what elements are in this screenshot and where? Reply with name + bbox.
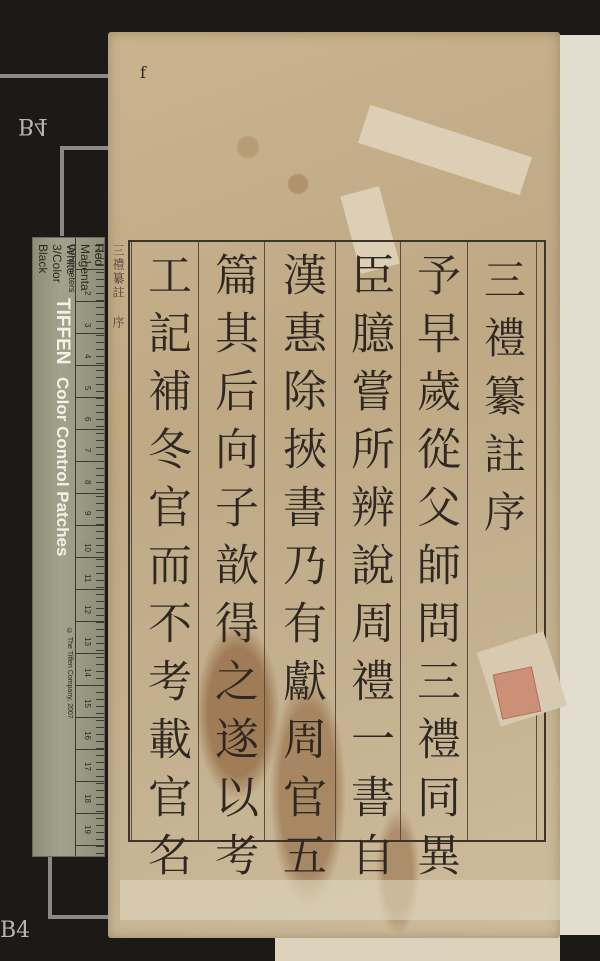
color-control-strip: Blue Cyan Green Yellow Red Magenta White… [32, 237, 105, 857]
text-column-2: 予早歲從父師問三禮同異 [405, 252, 463, 890]
title-text: 三禮纂註序 [473, 258, 531, 548]
column-divider [400, 242, 401, 840]
ruler-number: 11 [83, 574, 92, 605]
ruler-number: 5 [83, 386, 92, 417]
ruler-number: 3 [83, 323, 92, 354]
ruler-number: 14 [83, 668, 92, 699]
ruler-number: 4 [83, 354, 92, 385]
ruler-number: 15 [83, 699, 92, 730]
ruler-number: 10 [83, 543, 92, 574]
ruler-number: 8 [83, 480, 92, 511]
text-column-5: 篇其后向子歆得之遂以考 [203, 252, 261, 890]
background-guide-line [60, 146, 110, 150]
adjacent-page-bottom [275, 935, 560, 961]
column-divider [264, 242, 265, 840]
text-column-6: 工記補冬官而不考載官名 [136, 252, 194, 890]
ruler-number: 19 [83, 825, 92, 856]
column-divider [131, 242, 132, 840]
adjacent-page-right [560, 35, 600, 935]
ruler-ticks [96, 238, 104, 856]
background-label-b4-bottom: B4 [0, 918, 30, 943]
column-divider [198, 242, 199, 840]
column-divider [536, 242, 537, 840]
ruler-number: 2 [83, 291, 92, 322]
brand-name: TIFFEN [52, 298, 73, 365]
ruler-number: 6 [83, 417, 92, 448]
column-divider [467, 242, 468, 840]
ruler-numbers: 1 2 3 4 5 6 7 8 9 10 11 12 13 14 15 16 1… [83, 260, 92, 856]
column-text: 工記補冬官而不考載官名 [136, 252, 194, 890]
column-text: 篇其后向子歆得之遂以考 [203, 252, 261, 890]
copyright-text: © The Tiffen Company, 2007 [66, 628, 73, 719]
title-column: 三禮纂註序 [473, 258, 531, 548]
background-guide-line [60, 146, 64, 236]
strip-brand: TIFFEN Color Control Patches [51, 298, 73, 557]
background-label-b4-top: B4 [18, 113, 48, 138]
background-guide-line [48, 857, 52, 917]
ruler-number: 17 [83, 762, 92, 793]
patch-label: Black [36, 244, 50, 310]
spine-label: 三禮纂註 序 [113, 244, 127, 330]
margin-mark: f [140, 63, 146, 82]
ruler-number: 12 [83, 605, 92, 636]
text-column-3: 臣臆嘗所辨說周禮一書自 [339, 252, 397, 890]
background-guide-line [0, 74, 110, 78]
column-text: 臣臆嘗所辨說周禮一書自 [339, 252, 397, 890]
column-divider [335, 242, 336, 840]
background-guide-line [48, 915, 108, 919]
ruler-number: 13 [83, 637, 92, 668]
ruler-number: 18 [83, 794, 92, 825]
column-text: 予早歲從父師問三禮同異 [405, 252, 463, 890]
text-column-4: 漢惠除挾書乃有獻周官五 [271, 252, 329, 890]
ruler-number: 9 [83, 511, 92, 542]
ruler-number: 16 [83, 731, 92, 762]
column-text: 漢惠除挾書乃有獻周官五 [271, 252, 329, 890]
strip-title: Color Control Patches [53, 377, 72, 556]
ruler-number: 7 [83, 448, 92, 479]
ruler-number: 1 [83, 260, 92, 291]
